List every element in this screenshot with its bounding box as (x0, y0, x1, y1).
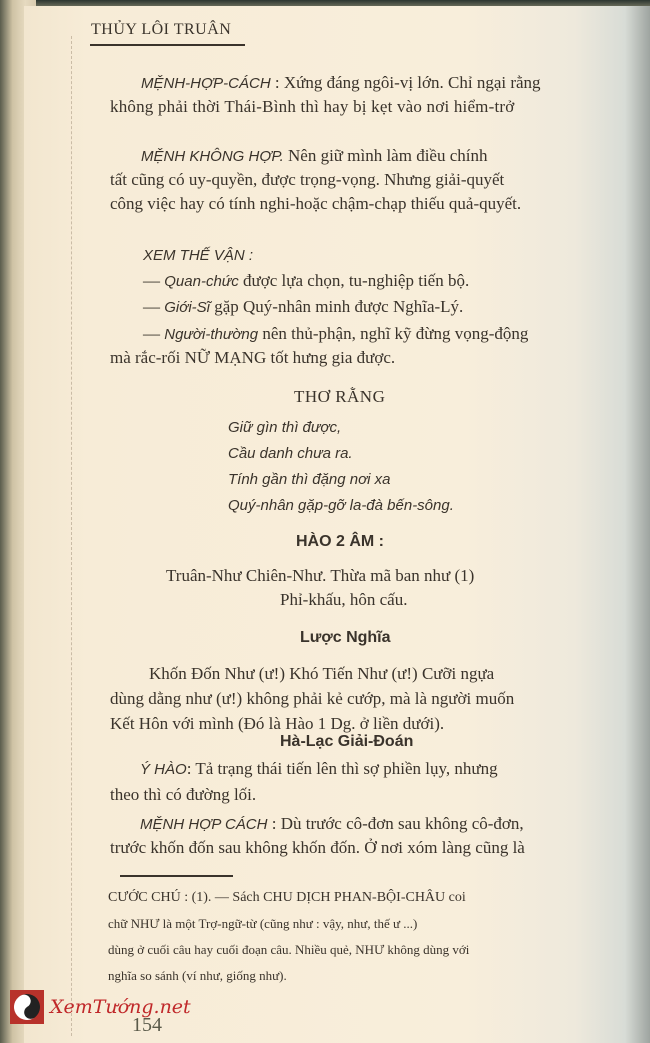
text-line: Kết Hôn với mình (Đó là Hào 1 Dg. ở liền… (110, 714, 444, 734)
book-page: THỦY LÔI TRUÂN MỆNH-HỢP-CÁCH : Xứng đáng… (24, 6, 650, 1043)
footnote-rule (120, 875, 233, 877)
footnote-line: dùng ở cuối câu hay cuối đoạn câu. Nhiều… (108, 942, 469, 958)
text: : Tả trạng thái tiến lên thì sợ phiền lụ… (187, 759, 498, 778)
footnote-line: chữ NHƯ là một Trợ-ngữ-từ (cũng như : vậ… (108, 916, 417, 932)
footnote-label: CƯỚC CHÚ : (108, 890, 188, 905)
text: : Dù trước cô-đơn sau không cô-đơn, (267, 814, 523, 833)
running-title: THỦY LÔI TRUÂN (91, 20, 231, 40)
text: được lựa chọn, tu-nghiệp tiến bộ. (239, 271, 469, 290)
term-label: MỆNH KHÔNG HỢP. (141, 148, 284, 165)
text-line: Truân-Như Chiên-Như. Thừa mã ban như (1) (166, 566, 474, 586)
text-line: theo thì có đường lối. (110, 785, 256, 805)
running-title-rule (90, 44, 245, 46)
paragraph-menh-hop-cach-2: MỆNH HỢP CÁCH : Dù trước cô-đơn sau khôn… (140, 814, 524, 835)
term-label: Ý HÀO (140, 761, 187, 778)
term-label: Giới-Sĩ (164, 299, 210, 316)
footnote-line: nghĩa so sánh (ví như, giống như). (108, 968, 287, 984)
list-item: — Quan-chức được lựa chọn, tu-nghiệp tiế… (143, 271, 469, 292)
poem-line: Quý-nhân gặp-gỡ la-đà bến-sông. (228, 496, 454, 516)
text: nên thủ-phận, nghĩ kỹ đừng vọng-động (258, 324, 528, 343)
term-label: Người-thường (164, 326, 258, 343)
text-line: mà rắc-rối NỮ MẠNG tốt hưng gia được. (110, 348, 395, 368)
text-line: trước khốn đốn sau không khốn đốn. Ở nơi… (110, 838, 525, 858)
heading-luoc-nghia: Lược Nghĩa (300, 628, 391, 648)
paragraph-menh-khong-hop: MỆNH KHÔNG HỢP. Nên giữ mình làm điều ch… (141, 146, 487, 167)
term-label: MỆNH-HỢP-CÁCH (141, 75, 271, 92)
text: Nên giữ mình làm điều chính (284, 146, 488, 165)
text-line: Khốn Đốn Như (ư!) Khó Tiến Như (ư!) Cưỡi… (149, 664, 494, 684)
footnote-line: CƯỚC CHÚ : (1). — Sách CHU DỊCH PHAN-BỘI… (108, 890, 466, 906)
text-line: tất cũng có uy-quyền, được trọng-vọng. N… (110, 170, 504, 190)
gutter-line (71, 36, 72, 1036)
text: : Xứng đáng ngôi-vị lớn. Chỉ ngại rằng (271, 73, 541, 92)
text-line: không phải thời Thái-Bình thì hay bị kẹt… (110, 97, 514, 117)
text: gặp Quý-nhân minh được Nghĩa-Lý. (210, 297, 463, 316)
paragraph-menh-hop-cach: MỆNH-HỢP-CÁCH : Xứng đáng ngôi-vị lớn. C… (141, 73, 541, 94)
poem-line: Cầu danh chưa ra. (228, 444, 353, 464)
heading-hao-2-am: HÀO 2 ÂM : (296, 532, 384, 552)
list-item: — Người-thường nên thủ-phận, nghĩ kỹ đừn… (143, 324, 528, 345)
heading-ha-lac-giai-doan: Hà-Lạc Giải-Đoán (280, 732, 413, 752)
poem-line: Tính gần thì đặng nơi xa (228, 470, 391, 490)
text-line: dùng dằng như (ư!) không phải kẻ cướp, m… (110, 689, 514, 709)
heading-xem-the-van: XEM THẾ VẬN : (143, 246, 253, 266)
watermark-logo: XemTướng.net (10, 990, 191, 1024)
text: (1). — Sách CHU DỊCH PHAN-BỘI-CHÂU coi (188, 890, 466, 905)
text-line: Phỉ-khấu, hôn cấu. (280, 590, 407, 610)
term-label: Quan-chức (164, 273, 239, 290)
paragraph-y-hao: Ý HÀO: Tả trạng thái tiến lên thì sợ phi… (140, 759, 498, 780)
yin-yang-icon (10, 990, 44, 1024)
poem-line: Giữ gìn thì được, (228, 418, 341, 438)
poem-heading: THƠ RẰNG (294, 387, 385, 407)
text-line: công việc hay có tính nghi-hoặc chậm-chạ… (110, 194, 521, 214)
term-label: MỆNH HỢP CÁCH (140, 816, 267, 833)
watermark-text: XemTướng.net (50, 996, 191, 1018)
list-item: — Giới-Sĩ gặp Quý-nhân minh được Nghĩa-L… (143, 297, 463, 318)
